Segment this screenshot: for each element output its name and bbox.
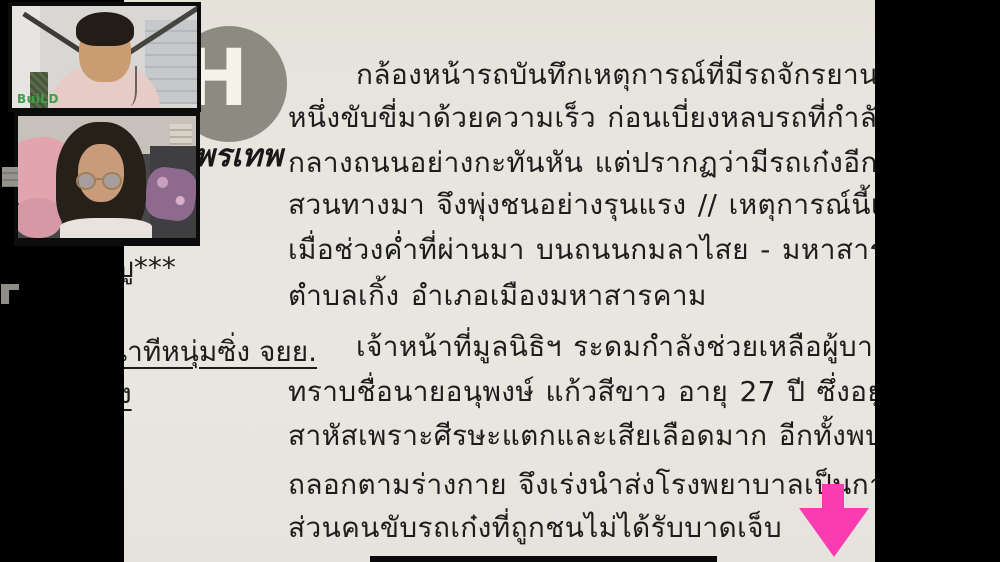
- doc-line: เมื่อช่วงค่ำที่ผ่านมา บนถนนกมลาไสย - มหา…: [288, 228, 875, 272]
- doc-line: หนึ่งขับขี่มาด้วยความเร็ว ก่อนเบี่ยงหลบร…: [288, 96, 875, 140]
- floral-pillow: [143, 165, 196, 223]
- participant-video-top-feed: BuiLD: [12, 6, 197, 108]
- doc-line: กล้องหน้ารถบันทึกเหตุการณ์ที่มีรถจักรยาน…: [288, 53, 875, 97]
- participant-video-bottom-feed: [18, 116, 196, 238]
- doc-line: สาหัสเพราะศีรษะแตกและเสียเลือดมาก อีกทั้…: [288, 414, 875, 458]
- arrow-down-icon: [799, 508, 869, 557]
- doc-line: ส่วนคนขับรถเก๋งที่ถูกชนไม่ได้รับบาดเจ็บ: [288, 506, 782, 550]
- participant-top-hair: [76, 12, 134, 46]
- doc-line: ถลอกตามร่างกาย จึงเร่งนำส่งโรงพยาบาลเป็น…: [288, 463, 875, 507]
- doc-line: เจ้าหน้าที่มูลนิธิฯ ระดมกำลังช่วยเหลือผู…: [288, 325, 875, 369]
- margin-note-partial: ง: [124, 372, 132, 416]
- participant-video-bottom[interactable]: [14, 112, 200, 246]
- blurred-ui-fragment: [2, 167, 18, 187]
- cropped-next-element: [370, 556, 717, 562]
- shared-document: H พรเทพ ญู*** นาทีหนุ่มซิ่ง จยย. ง กล้อง…: [124, 0, 875, 562]
- doc-line: สวนทางมา จึงพุ่งชนอย่างรุนแรง // เหตุการ…: [288, 183, 875, 227]
- doc-line: ตำบลเกิ้ง อำเภอเมืองมหาสารคาม: [288, 274, 707, 318]
- blurred-ui-fragment: [1, 284, 19, 304]
- arrow-down-icon: [822, 484, 844, 510]
- build-watermark: BuiLD: [17, 92, 59, 106]
- glasses-lens: [102, 172, 122, 190]
- margin-note-stars: ญู***: [124, 246, 176, 290]
- glasses-bridge: [95, 178, 103, 180]
- glasses-lens: [76, 172, 96, 190]
- participant-video-top[interactable]: BuiLD: [8, 2, 201, 112]
- doc-line: กลางถนนอย่างกะทันหัน แต่ปรากฏว่ามีรถเก๋ง…: [288, 141, 875, 185]
- participant-bottom-shirt: [60, 218, 152, 238]
- doc-line: ทราบชื่อนายอนุพงษ์ แก้วสีขาว อายุ 27 ปี …: [288, 370, 875, 414]
- logo-caption-text: พรเทพ: [194, 130, 283, 180]
- video-call-screen: H พรเทพ ญู*** นาทีหนุ่มซิ่ง จยย. ง กล้อง…: [0, 0, 1000, 562]
- book-stack: [170, 124, 192, 146]
